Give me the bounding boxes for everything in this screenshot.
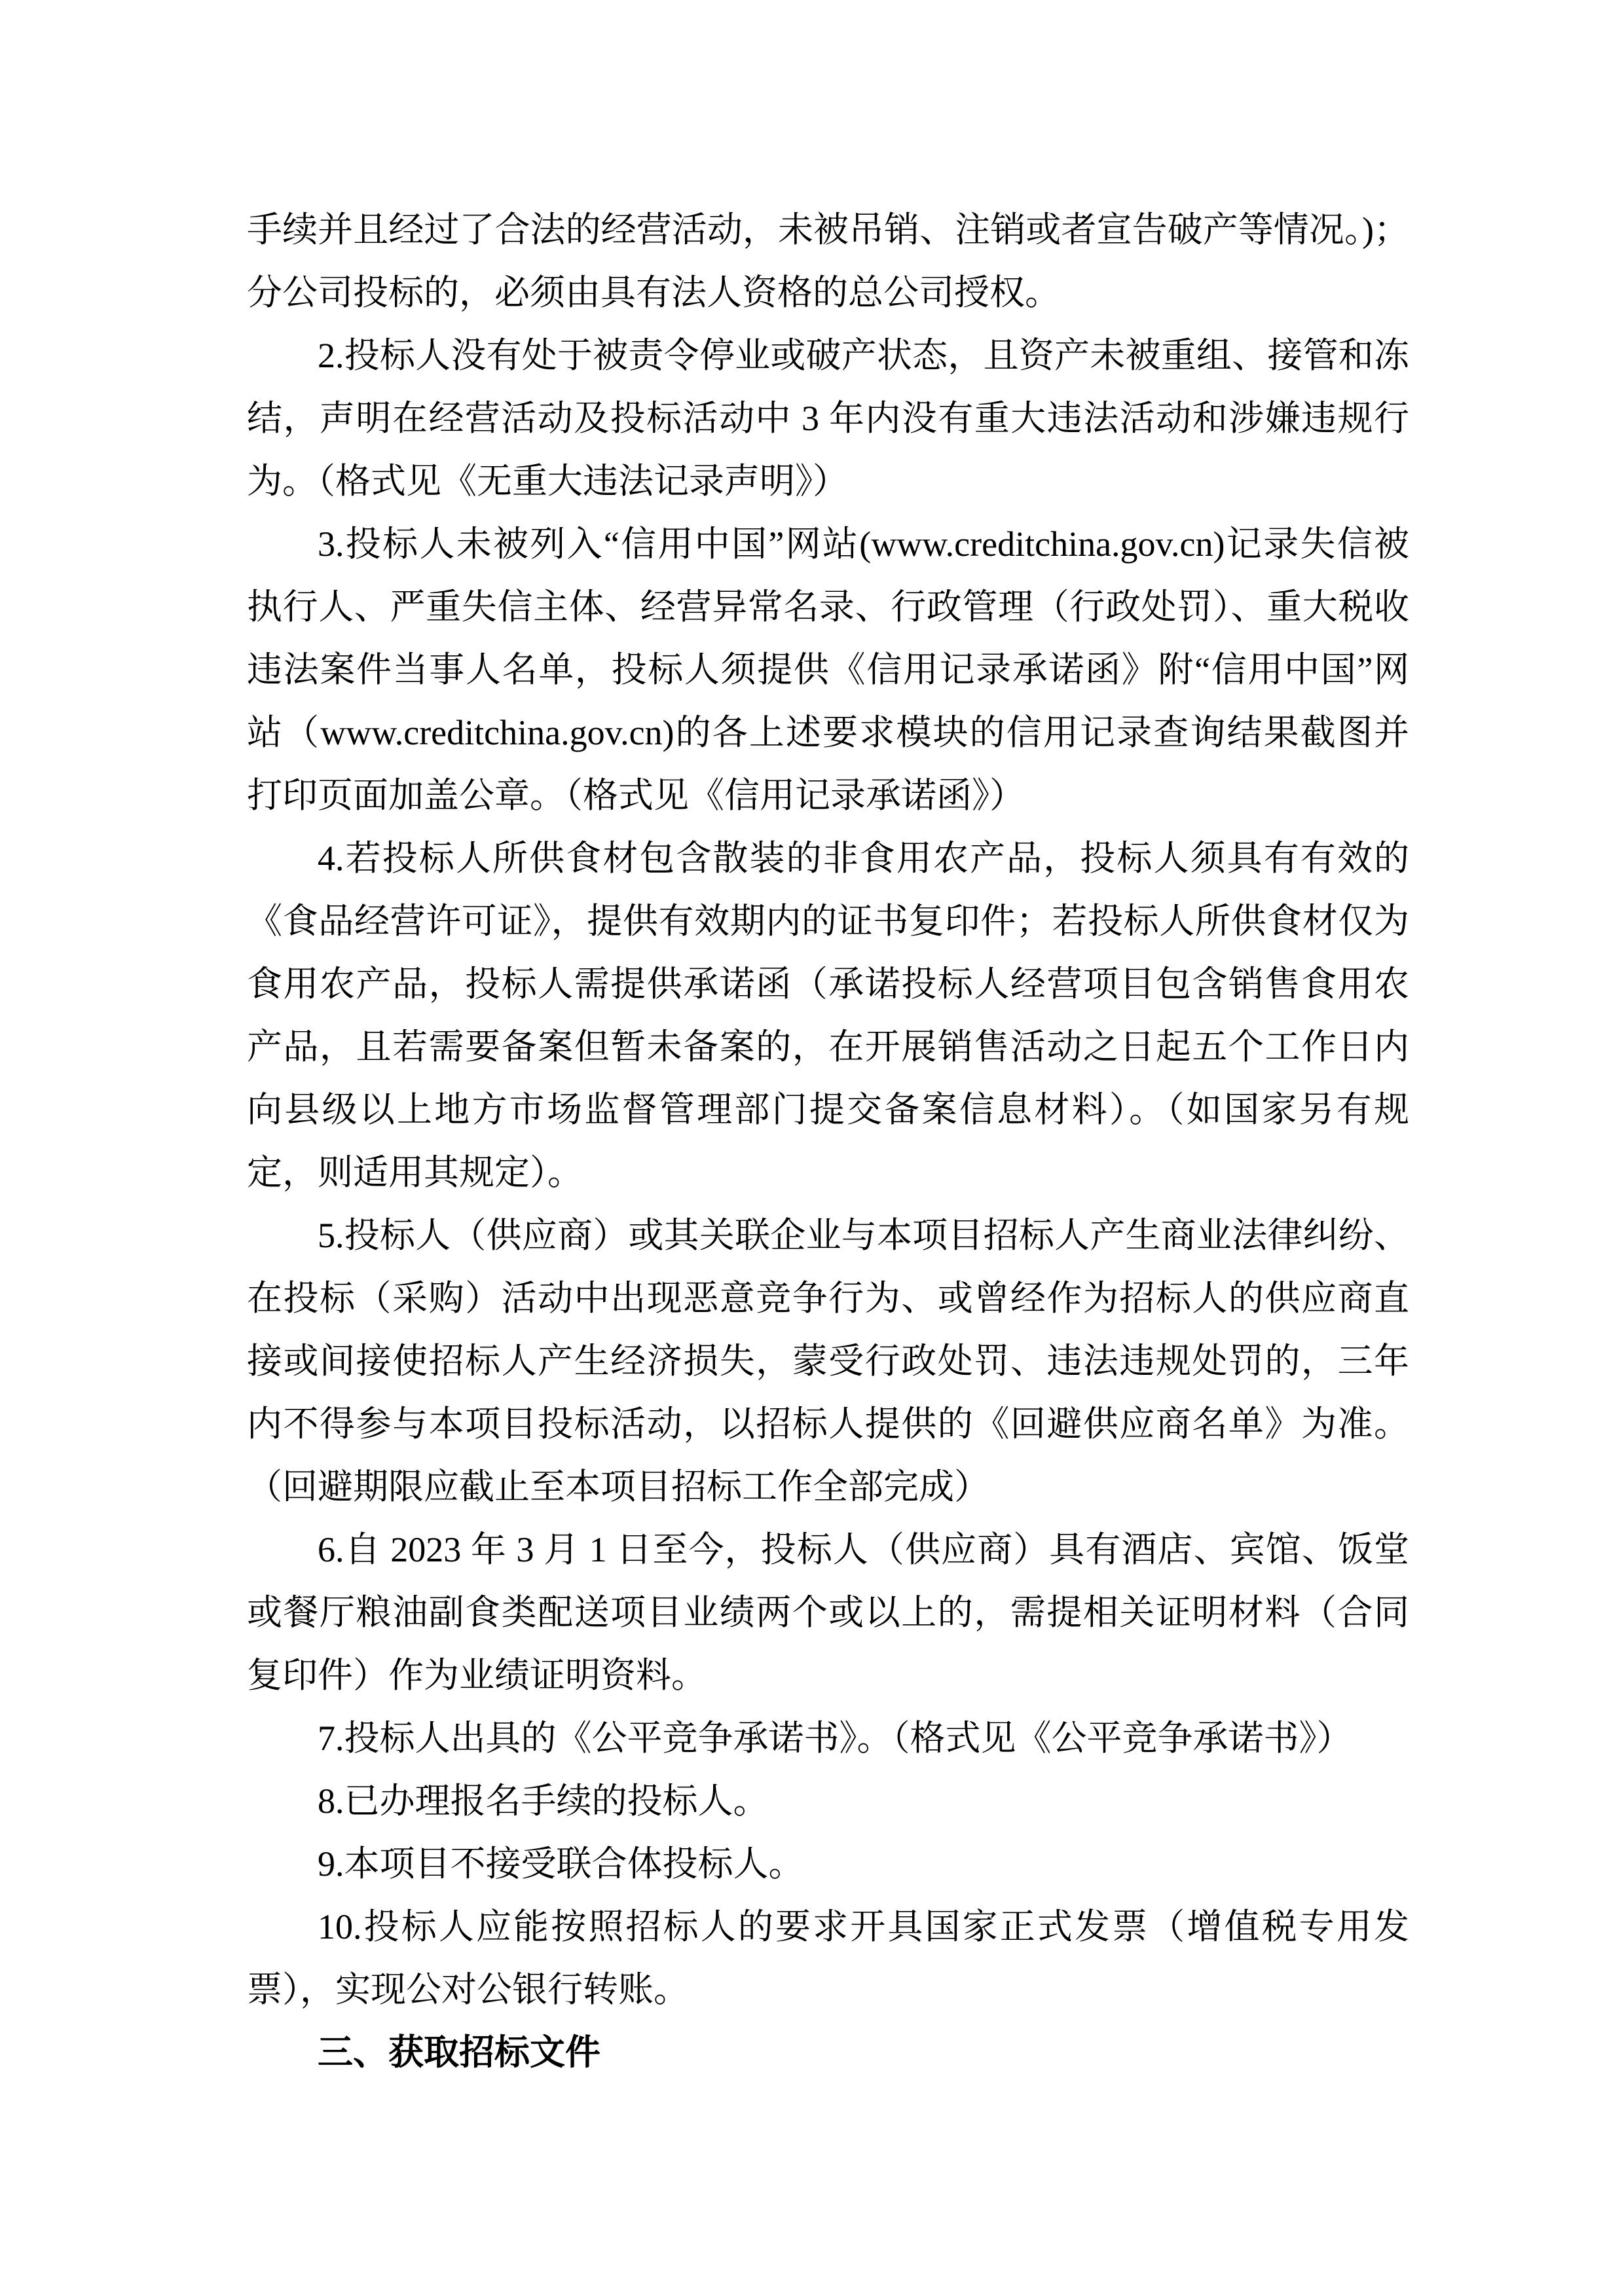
paragraph-item-3: 3.投标人未被列入“信用中国”网站(www.creditchina.gov.cn…: [247, 513, 1409, 827]
paragraph-item-8: 8.已办理报名手续的投标人。: [247, 1770, 1409, 1832]
paragraph-item-10: 10.投标人应能按照招标人的要求开具国家正式发票（增值税专用发票），实现公对公银…: [247, 1895, 1409, 2021]
paragraph-item-4: 4.若投标人所供食材包含散装的非食用农产品，投标人须具有有效的《食品经营许可证》…: [247, 827, 1409, 1204]
document-page: 手续并且经过了合法的经营活动，未被吊销、注销或者宣告破产等情况。)；分公司投标的…: [0, 0, 1624, 2296]
section-heading-get-tender-documents: 三、获取招标文件: [247, 2021, 1409, 2084]
paragraph-item-9: 9.本项目不接受联合体投标人。: [247, 1832, 1409, 1895]
paragraph-item-6: 6.自 2023 年 3 月 1 日至今，投标人（供应商）具有酒店、宾馆、饭堂或…: [247, 1518, 1409, 1707]
paragraph-item-7: 7.投标人出具的《公平竞争承诺书》。（格式见《公平竞争承诺书》）: [247, 1707, 1409, 1770]
paragraph-item-2: 2.投标人没有处于被责令停业或破产状态，且资产未被重组、接管和冻结，声明在经营活…: [247, 324, 1409, 513]
paragraph-item-5: 5.投标人（供应商）或其关联企业与本项目招标人产生商业法律纠纷、在投标（采购）活…: [247, 1204, 1409, 1518]
paragraph-continuation: 手续并且经过了合法的经营活动，未被吊销、注销或者宣告破产等情况。)；分公司投标的…: [247, 198, 1409, 324]
